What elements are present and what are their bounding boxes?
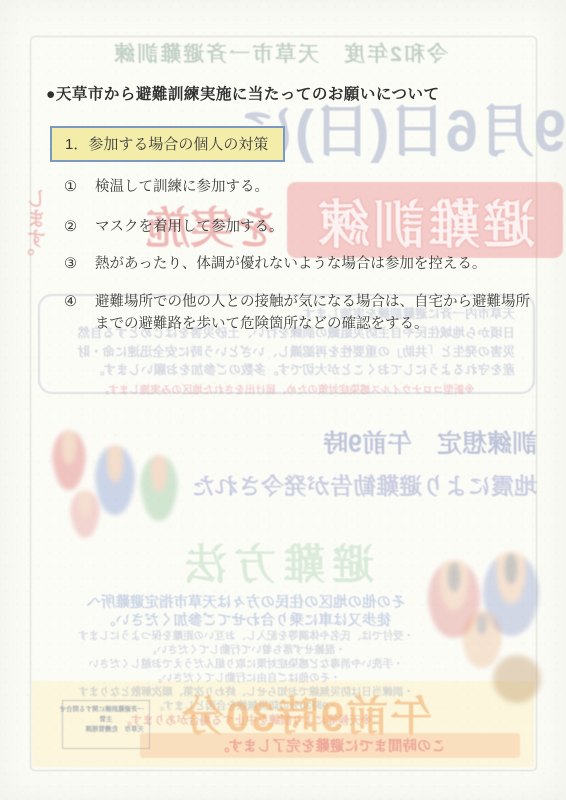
item-text: マスクを着用して参加する。 bbox=[95, 217, 284, 239]
countermeasure-item: ① 検温して訓練に参加する。 bbox=[64, 177, 542, 199]
item-number: ④ bbox=[64, 292, 82, 336]
notice-header: ●天草市から避難訓練実施に当たってのお願いについて bbox=[46, 82, 440, 104]
front-notice-layer: ●天草市から避難訓練実施に当たってのお願いについて 1．参加する場合の個人の対策… bbox=[0, 0, 566, 800]
item-text: 熱があったり、体調が優れないような場合は参加を控える。 bbox=[95, 254, 486, 276]
countermeasure-item: ③ 熱があったり、体調が優れないような場合は参加を控える。 bbox=[64, 254, 542, 276]
item-number: ① bbox=[64, 177, 82, 199]
item-text: 検温して訓練に参加する。 bbox=[95, 177, 269, 199]
section-title-box: 1．参加する場合の個人の対策 bbox=[50, 126, 285, 162]
item-number: ② bbox=[64, 217, 82, 239]
countermeasure-item: ④ 避難場所での他の人との接触が気になる場合は、自宅から避難場所までの避難路を歩… bbox=[64, 292, 542, 336]
item-number: ③ bbox=[64, 254, 82, 276]
scanned-flyer-page: 令和2年度 天草市一斉避難訓練 9月6日(日)に 避難訓練 を実施 します。 天… bbox=[0, 0, 566, 800]
item-text: 避難場所での他の人との接触が気になる場合は、自宅から避難場所までの避難路を歩いて… bbox=[95, 292, 542, 336]
countermeasure-item: ② マスクを着用して参加する。 bbox=[64, 217, 542, 239]
